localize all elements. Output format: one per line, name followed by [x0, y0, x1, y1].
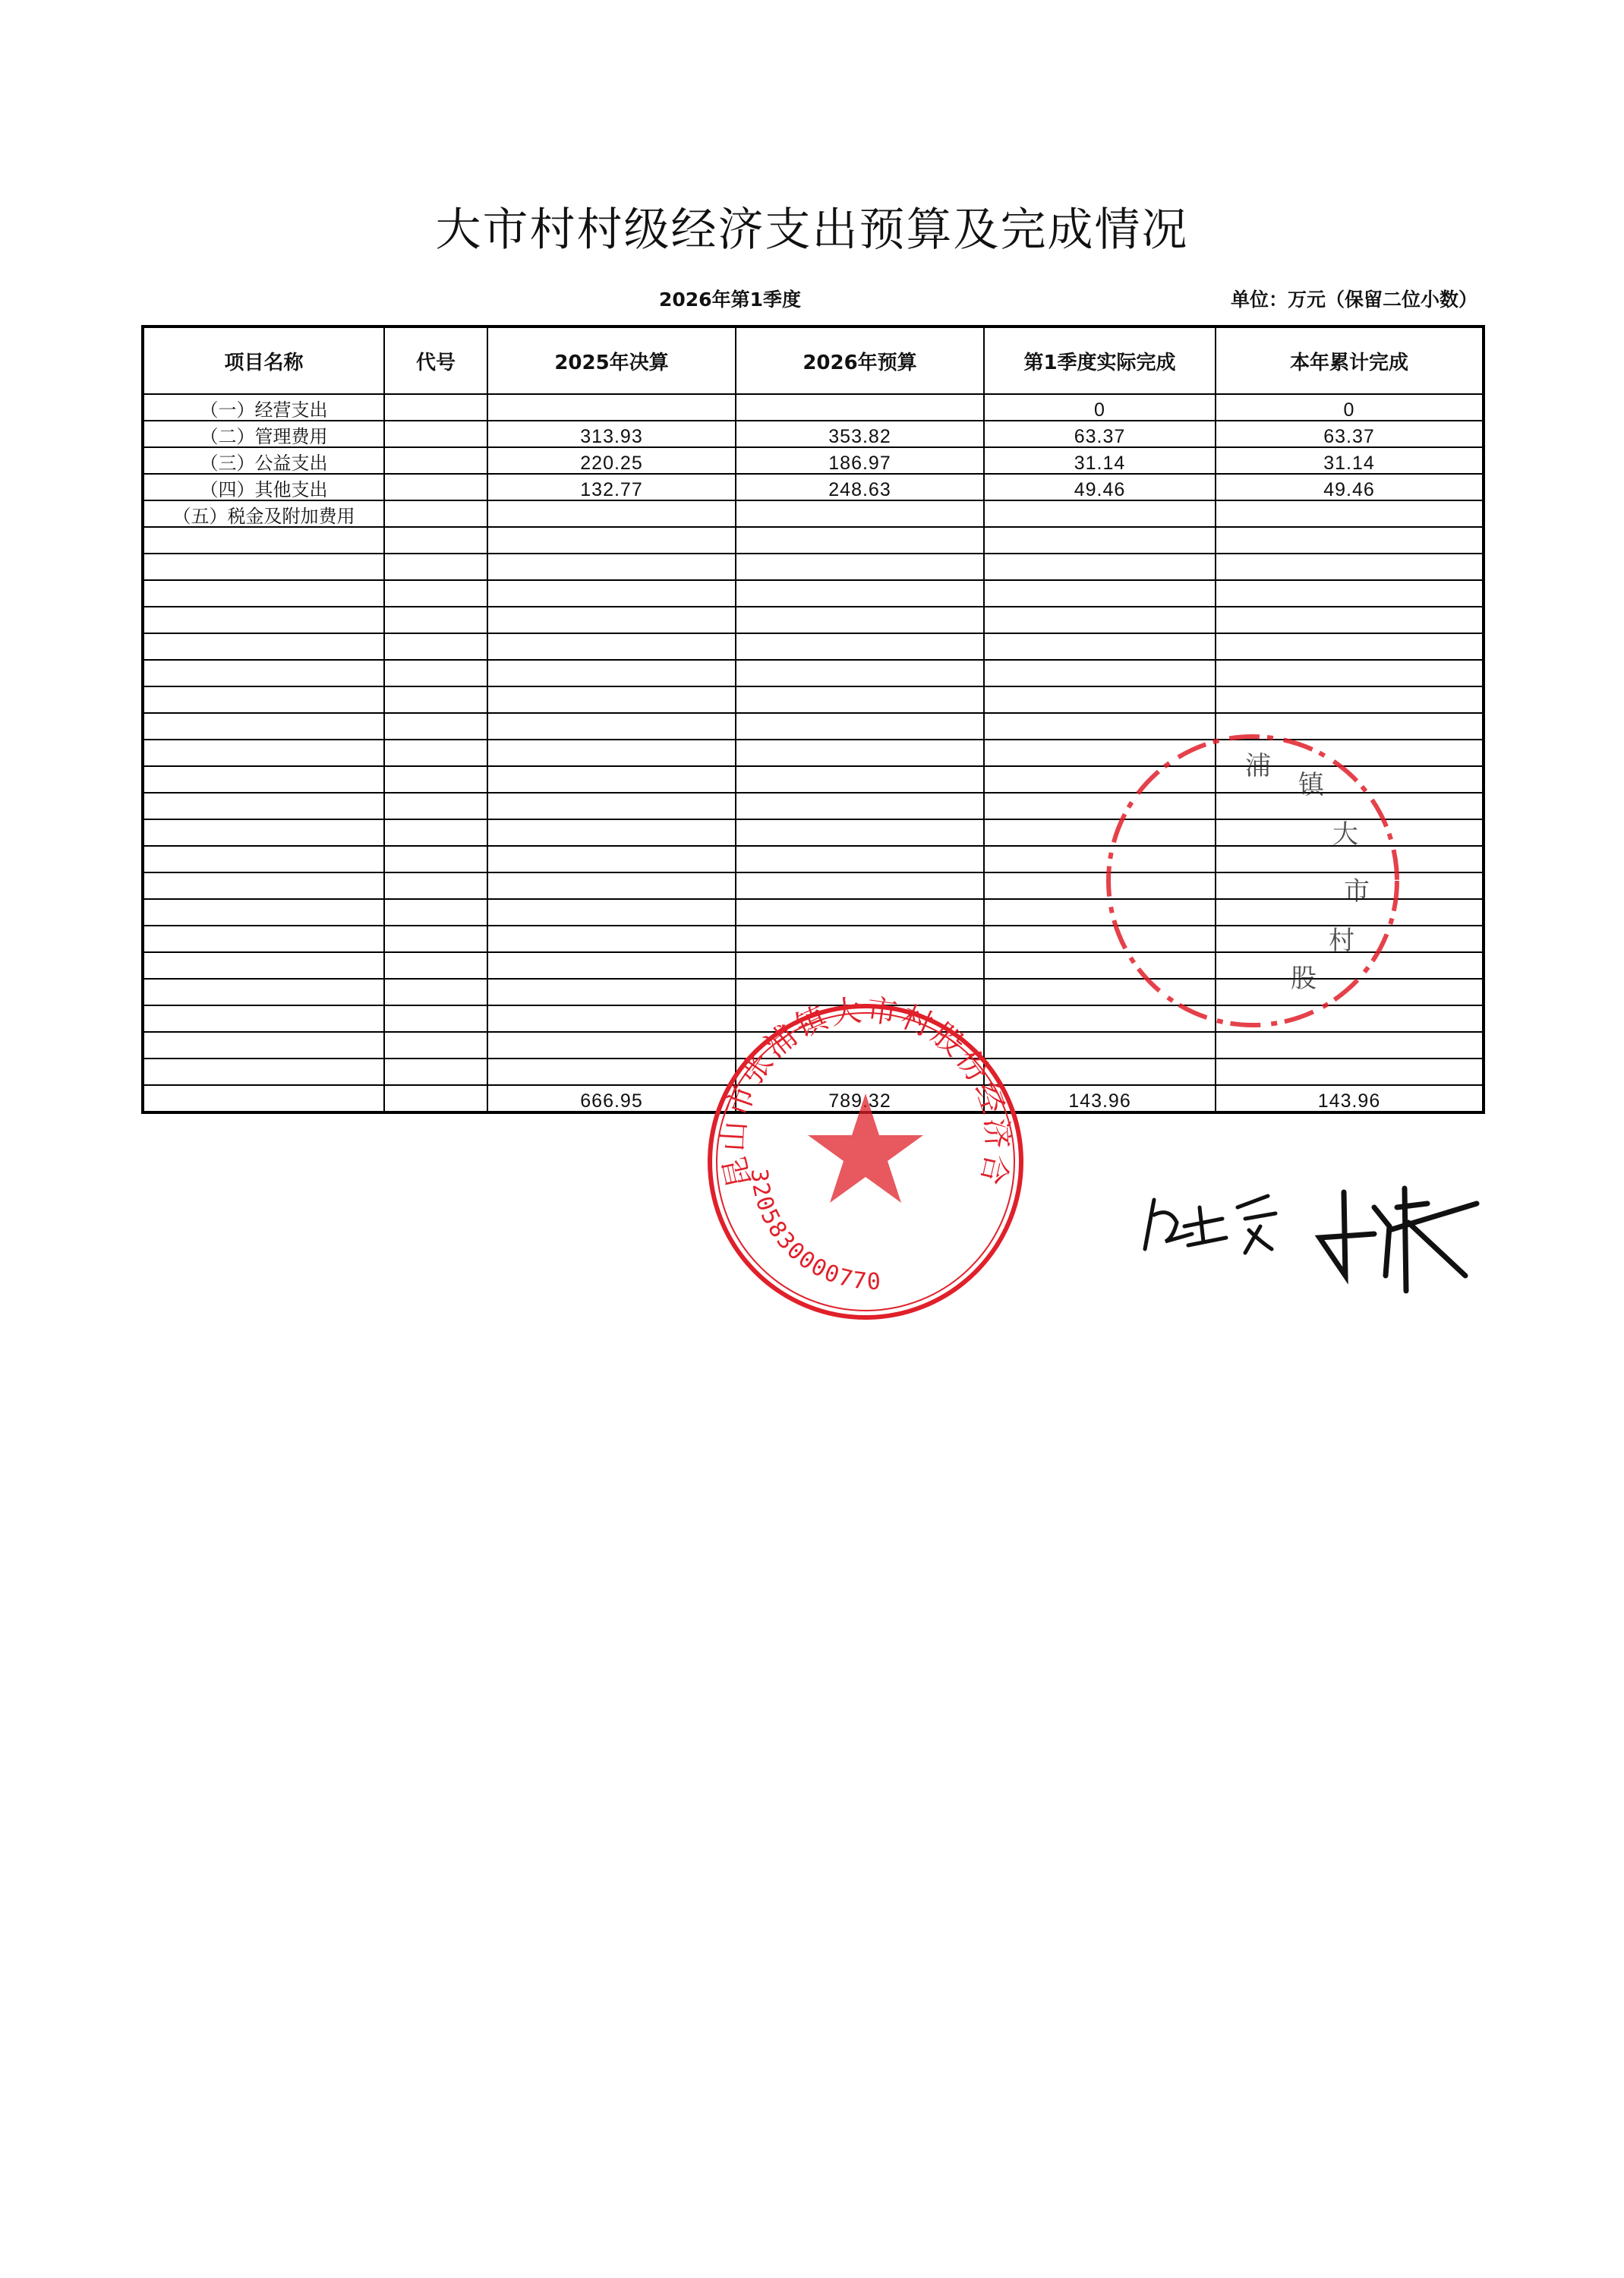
cell-budget-2026 [736, 846, 984, 872]
cell-q1-actual [984, 766, 1216, 793]
empty-table-row [143, 899, 1484, 926]
cell-ytd-actual [1216, 872, 1484, 899]
expenditure-table: 项目名称 代号 2025年决算 2026年预算 第1季度实际完成 本年累计完成 … [141, 325, 1485, 1114]
svg-text:3205830000770: 3205830000770 [746, 1168, 882, 1295]
cell-ytd-actual [1216, 1032, 1484, 1059]
cell-final-2025 [487, 899, 736, 926]
cell-final-2025 [487, 1032, 736, 1059]
cell-ytd-actual: 49.46 [1216, 474, 1484, 500]
cell-final-2025 [487, 500, 736, 527]
cell-code [384, 872, 487, 899]
empty-table-row [143, 872, 1484, 899]
cell-q1-actual: 63.37 [984, 421, 1216, 447]
cell-q1-actual [984, 819, 1216, 846]
cell-item-name: （四）其他支出 [143, 474, 384, 500]
cell-item-name [143, 872, 384, 899]
cell-code [384, 607, 487, 633]
cell-item-name [143, 819, 384, 846]
cell-item-name [143, 607, 384, 633]
cell-item-name [143, 527, 384, 554]
cell-code [384, 846, 487, 872]
cell-q1-actual [984, 872, 1216, 899]
cell-q1-actual: 143.96 [984, 1085, 1216, 1112]
cell-budget-2026: 186.97 [736, 447, 984, 474]
cell-code [384, 500, 487, 527]
table-row: （一）经营支出00 [143, 394, 1484, 421]
header-ytd-actual: 本年累计完成 [1216, 327, 1484, 394]
cell-final-2025 [487, 1005, 736, 1032]
cell-final-2025 [487, 633, 736, 660]
cell-q1-actual [984, 1059, 1216, 1085]
cell-code [384, 660, 487, 686]
cell-code [384, 394, 487, 421]
cell-budget-2026 [736, 686, 984, 713]
cell-item-name [143, 1032, 384, 1059]
header-q1-actual: 第1季度实际完成 [984, 327, 1216, 394]
cell-code [384, 1059, 487, 1085]
cell-ytd-actual [1216, 633, 1484, 660]
cell-item-name [143, 554, 384, 580]
cell-final-2025 [487, 713, 736, 740]
cell-code [384, 1085, 487, 1112]
empty-table-row [143, 554, 1484, 580]
cell-ytd-actual [1216, 660, 1484, 686]
unit-note: 单位：万元（保留二位小数） [1231, 285, 1477, 312]
cell-code [384, 979, 487, 1005]
cell-q1-actual [984, 793, 1216, 819]
cell-code [384, 527, 487, 554]
cell-code [384, 554, 487, 580]
cell-final-2025 [487, 660, 736, 686]
cell-q1-actual [984, 1005, 1216, 1032]
header-code: 代号 [384, 327, 487, 394]
empty-table-row [143, 686, 1484, 713]
table-row: （二）管理费用313.93353.8263.3763.37 [143, 421, 1484, 447]
cell-ytd-actual: 0 [1216, 394, 1484, 421]
cell-ytd-actual [1216, 819, 1484, 846]
cell-code [384, 580, 487, 607]
cell-item-name [143, 580, 384, 607]
cell-budget-2026 [736, 660, 984, 686]
cell-code [384, 740, 487, 766]
cell-ytd-actual [1216, 793, 1484, 819]
empty-table-row [143, 660, 1484, 686]
cell-ytd-actual [1216, 1005, 1484, 1032]
cell-item-name [143, 686, 384, 713]
signature-2 [1313, 1185, 1496, 1306]
cell-ytd-actual [1216, 740, 1484, 766]
cell-q1-actual [984, 1032, 1216, 1059]
cell-budget-2026: 353.82 [736, 421, 984, 447]
cell-q1-actual [984, 846, 1216, 872]
cell-q1-actual [984, 926, 1216, 952]
header-budget-2026: 2026年预算 [736, 327, 984, 394]
cell-final-2025 [487, 952, 736, 979]
cell-q1-actual [984, 633, 1216, 660]
seal-code: 3205830000770 [746, 1168, 882, 1295]
cell-q1-actual [984, 500, 1216, 527]
empty-table-row [143, 740, 1484, 766]
cell-code [384, 633, 487, 660]
empty-table-row [143, 926, 1484, 952]
total-row: 666.95789.32143.96143.96 [143, 1085, 1484, 1112]
cell-item-name [143, 793, 384, 819]
cell-q1-actual [984, 660, 1216, 686]
cell-final-2025 [487, 740, 736, 766]
cell-code [384, 926, 487, 952]
cell-ytd-actual: 31.14 [1216, 447, 1484, 474]
header-item-name: 项目名称 [143, 327, 384, 394]
cell-final-2025: 132.77 [487, 474, 736, 500]
cell-budget-2026 [736, 394, 984, 421]
cell-budget-2026 [736, 740, 984, 766]
cell-item-name [143, 979, 384, 1005]
cell-ytd-actual [1216, 713, 1484, 740]
document-title: 大市村村级经济支出预算及完成情况 [0, 194, 1624, 259]
cell-item-name [143, 846, 384, 872]
cell-ytd-actual [1216, 926, 1484, 952]
cell-budget-2026 [736, 580, 984, 607]
cell-ytd-actual [1216, 686, 1484, 713]
cell-item-name: （一）经营支出 [143, 394, 384, 421]
cell-ytd-actual [1216, 952, 1484, 979]
cell-q1-actual [984, 979, 1216, 1005]
empty-table-row [143, 580, 1484, 607]
cell-q1-actual: 49.46 [984, 474, 1216, 500]
report-period: 2026年第1季度 [659, 285, 801, 312]
cell-item-name [143, 926, 384, 952]
empty-table-row [143, 979, 1484, 1005]
empty-table-row [143, 713, 1484, 740]
empty-table-row [143, 1059, 1484, 1085]
cell-code [384, 1032, 487, 1059]
cell-final-2025 [487, 580, 736, 607]
cell-item-name [143, 660, 384, 686]
cell-q1-actual [984, 686, 1216, 713]
cell-ytd-actual [1216, 846, 1484, 872]
cell-budget-2026 [736, 793, 984, 819]
table-row: （五）税金及附加费用 [143, 500, 1484, 527]
cell-item-name [143, 1059, 384, 1085]
cell-final-2025 [487, 607, 736, 633]
empty-table-row [143, 1032, 1484, 1059]
cell-final-2025 [487, 979, 736, 1005]
cell-final-2025 [487, 394, 736, 421]
cell-budget-2026 [736, 952, 984, 979]
cell-q1-actual [984, 607, 1216, 633]
cell-code [384, 819, 487, 846]
cell-final-2025 [487, 793, 736, 819]
cell-final-2025 [487, 926, 736, 952]
table-header-row: 项目名称 代号 2025年决算 2026年预算 第1季度实际完成 本年累计完成 [143, 327, 1484, 394]
empty-table-row [143, 766, 1484, 793]
empty-table-row [143, 633, 1484, 660]
empty-table-row [143, 952, 1484, 979]
cell-ytd-actual [1216, 766, 1484, 793]
cell-budget-2026 [736, 527, 984, 554]
cell-budget-2026 [736, 500, 984, 527]
cell-final-2025 [487, 846, 736, 872]
cell-budget-2026 [736, 607, 984, 633]
cell-q1-actual: 0 [984, 394, 1216, 421]
empty-table-row [143, 607, 1484, 633]
cell-ytd-actual: 143.96 [1216, 1085, 1484, 1112]
cell-ytd-actual: 63.37 [1216, 421, 1484, 447]
cell-ytd-actual [1216, 899, 1484, 926]
empty-table-row [143, 846, 1484, 872]
cell-item-name: （三）公益支出 [143, 447, 384, 474]
cell-ytd-actual [1216, 554, 1484, 580]
cell-q1-actual: 31.14 [984, 447, 1216, 474]
cell-final-2025: 666.95 [487, 1085, 736, 1112]
cell-budget-2026 [736, 1059, 984, 1085]
cell-ytd-actual [1216, 979, 1484, 1005]
cell-budget-2026 [736, 766, 984, 793]
cell-budget-2026 [736, 899, 984, 926]
cell-code [384, 766, 487, 793]
cell-final-2025 [487, 554, 736, 580]
cell-code [384, 421, 487, 447]
cell-budget-2026 [736, 819, 984, 846]
cell-budget-2026 [736, 713, 984, 740]
cell-q1-actual [984, 554, 1216, 580]
empty-table-row [143, 793, 1484, 819]
table-row: （三）公益支出220.25186.9731.1431.14 [143, 447, 1484, 474]
cell-q1-actual [984, 580, 1216, 607]
cell-code [384, 474, 487, 500]
cell-final-2025 [487, 686, 736, 713]
cell-q1-actual [984, 899, 1216, 926]
cell-budget-2026 [736, 926, 984, 952]
cell-code [384, 1005, 487, 1032]
cell-ytd-actual [1216, 527, 1484, 554]
cell-ytd-actual [1216, 500, 1484, 527]
cell-budget-2026 [736, 554, 984, 580]
cell-q1-actual [984, 713, 1216, 740]
cell-q1-actual [984, 952, 1216, 979]
cell-final-2025: 313.93 [487, 421, 736, 447]
empty-table-row [143, 1005, 1484, 1032]
cell-item-name [143, 1005, 384, 1032]
cell-q1-actual [984, 740, 1216, 766]
cell-item-name [143, 713, 384, 740]
cell-budget-2026 [736, 633, 984, 660]
cell-ytd-actual [1216, 607, 1484, 633]
cell-item-name [143, 740, 384, 766]
cell-item-name [143, 952, 384, 979]
cell-q1-actual [984, 527, 1216, 554]
cell-item-name [143, 1085, 384, 1112]
cell-final-2025 [487, 527, 736, 554]
cell-code [384, 793, 487, 819]
cell-item-name [143, 899, 384, 926]
cell-budget-2026 [736, 979, 984, 1005]
cell-item-name: （二）管理费用 [143, 421, 384, 447]
cell-budget-2026 [736, 872, 984, 899]
cell-final-2025 [487, 1059, 736, 1085]
cell-final-2025 [487, 819, 736, 846]
cell-item-name [143, 766, 384, 793]
cell-code [384, 952, 487, 979]
cell-budget-2026: 248.63 [736, 474, 984, 500]
table-row: （四）其他支出132.77248.6349.4649.46 [143, 474, 1484, 500]
cell-budget-2026 [736, 1032, 984, 1059]
cell-final-2025 [487, 872, 736, 899]
cell-budget-2026 [736, 1005, 984, 1032]
cell-code [384, 447, 487, 474]
empty-table-row [143, 527, 1484, 554]
cell-code [384, 713, 487, 740]
cell-item-name: （五）税金及附加费用 [143, 500, 384, 527]
cell-code [384, 686, 487, 713]
cell-final-2025 [487, 766, 736, 793]
cell-code [384, 899, 487, 926]
cell-item-name [143, 633, 384, 660]
cell-ytd-actual [1216, 1059, 1484, 1085]
empty-table-row [143, 819, 1484, 846]
signature-1 [1139, 1185, 1291, 1276]
cell-ytd-actual [1216, 580, 1484, 607]
cell-budget-2026: 789.32 [736, 1085, 984, 1112]
header-final-2025: 2025年决算 [487, 327, 736, 394]
cell-final-2025: 220.25 [487, 447, 736, 474]
